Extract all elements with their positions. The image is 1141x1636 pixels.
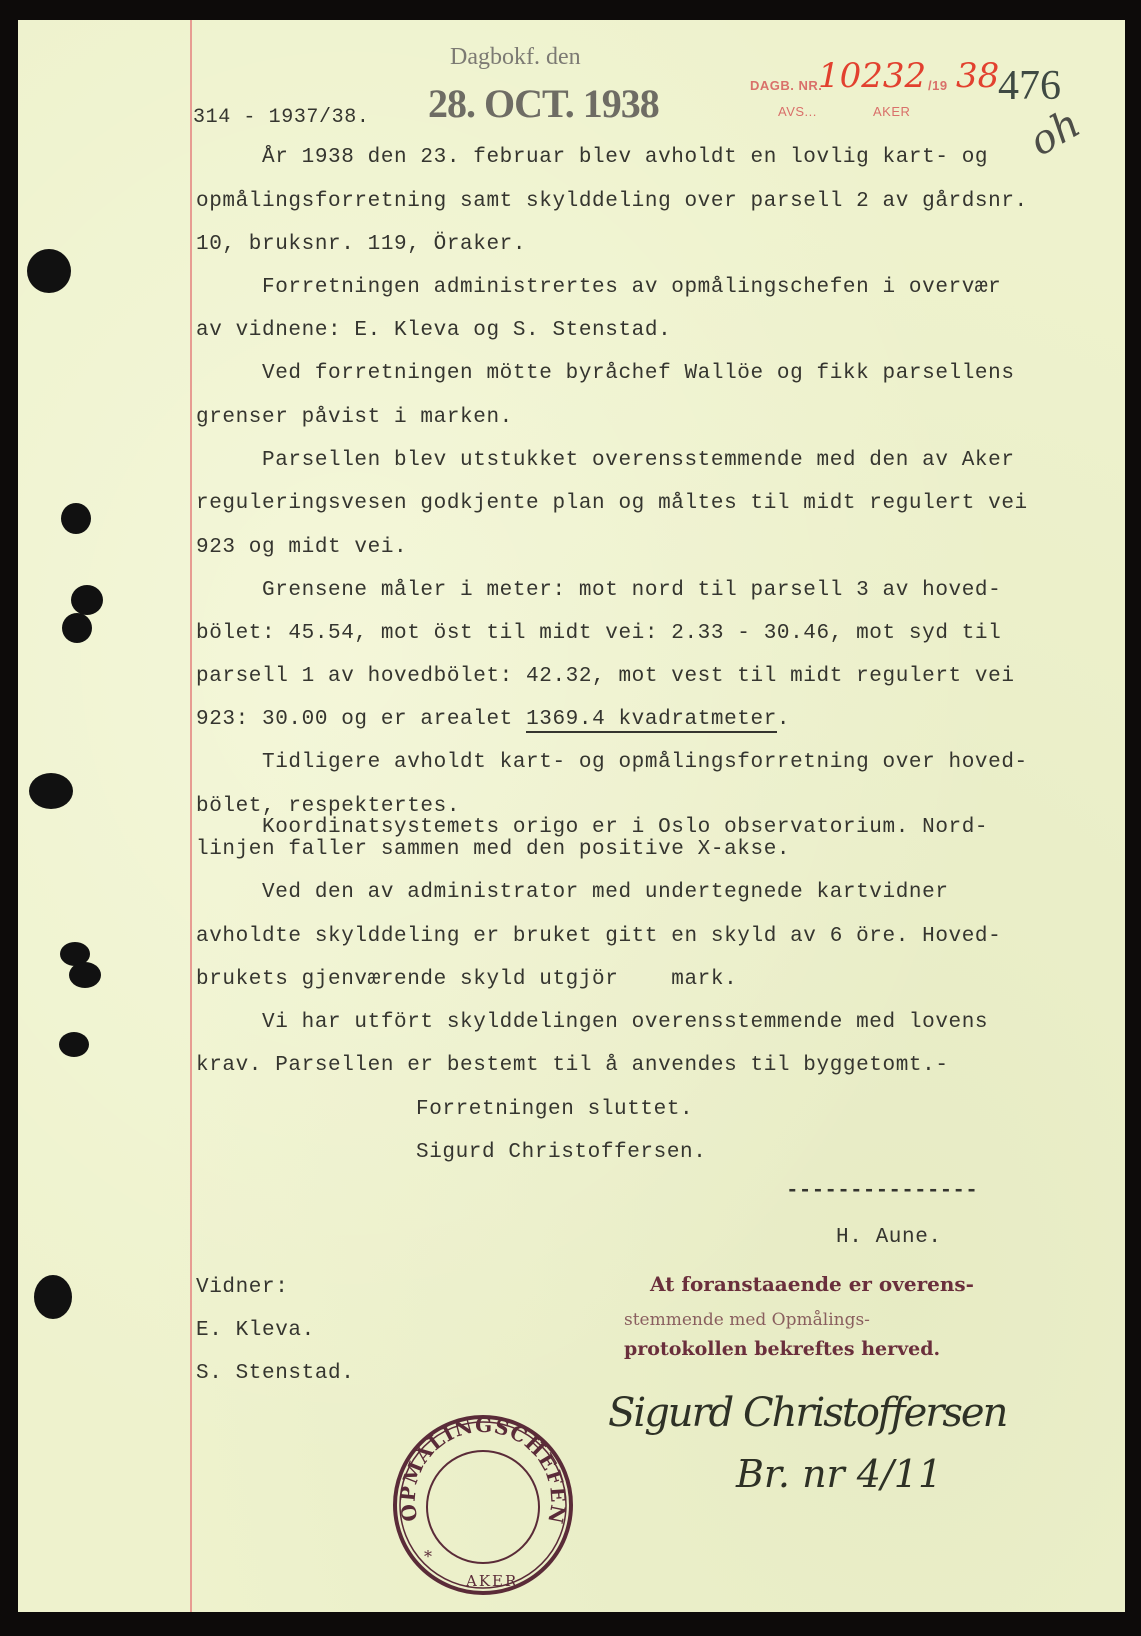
- body-line: År 1938 den 23. februar blev avholdt en …: [196, 146, 988, 169]
- body-line: Forretningen administrertes av opmålings…: [196, 276, 1001, 299]
- body-line: opmålingsforretning samt skylddeling ove…: [196, 190, 1028, 213]
- sender-label: AVS...: [778, 104, 817, 119]
- punch-hole: [61, 503, 91, 534]
- body-line: 10, bruksnr. 119, Öraker.: [196, 233, 526, 256]
- body-line: parsell 1 av hovedbölet: 42.32, mot vest…: [196, 665, 1015, 688]
- body-line: Parsellen blev utstukket overensstemmend…: [196, 449, 1015, 472]
- punch-hole: [34, 1275, 72, 1319]
- punch-hole: [62, 613, 92, 643]
- certification-line-1: At foranstaaende er overens-: [650, 1272, 974, 1296]
- body-line: bölet: 45.54, mot öst til midt vei: 2.33…: [196, 622, 1001, 645]
- certification-line-2: stemmende med Opmålings-: [624, 1310, 870, 1330]
- punch-hole: [29, 773, 73, 809]
- witness-1: E. Kleva.: [196, 1319, 315, 1342]
- svg-text:OPMÅLINGSCHEFEN: OPMÅLINGSCHEFEN: [396, 1413, 571, 1527]
- body-line: 923 og midt vei.: [196, 536, 407, 559]
- certification-line-3: protokollen bekreftes herved.: [624, 1338, 940, 1360]
- body-line: brukets gjenværende skyld utgjör mark.: [196, 968, 737, 991]
- document-page: 314 - 1937/38. Dagbokf. den 28. OCT. 193…: [18, 20, 1125, 1612]
- body-line: av vidnene: E. Kleva og S. Stenstad.: [196, 319, 671, 342]
- body-line: grenser påvist i marken.: [196, 406, 513, 429]
- seal-graphic: OPMÅLINGSCHEFEN * AKER: [388, 1410, 578, 1600]
- journal-number: 10232: [818, 56, 926, 96]
- signature-line: ---------------: [786, 1180, 978, 1203]
- sender: AKER: [873, 104, 910, 119]
- area-prefix: 923: 30.00 og er arealet: [196, 708, 526, 731]
- body-line: Koordinatsystemets origo er i Oslo obser…: [196, 816, 988, 839]
- witness-2: S. Stenstad.: [196, 1362, 354, 1385]
- punch-hole: [59, 1032, 89, 1057]
- margin-line: [190, 20, 192, 1612]
- body-line: avholdte skylddeling er bruket gitt en s…: [196, 925, 1001, 948]
- journal-year: 38: [956, 56, 999, 96]
- punch-hole: [69, 962, 101, 988]
- concluded-text: Forretningen sluttet.: [416, 1098, 693, 1121]
- punch-hole: [71, 585, 103, 615]
- punch-hole: [27, 249, 71, 293]
- area-value: 1369.4 kvadratmeter: [526, 708, 777, 733]
- journal-number-label: DAGB. NR.: [750, 78, 822, 93]
- journal-year-prefix: /19: [928, 78, 948, 93]
- body-line: linjen faller sammen med den positive X-…: [196, 838, 790, 861]
- case-number: 314 - 1937/38.: [193, 106, 369, 129]
- body-line: Vi har utfört skylddelingen overensstemm…: [196, 1011, 988, 1034]
- received-stamp-date: 28. OCT. 1938: [428, 80, 659, 127]
- body-line: bölet, respektertes.: [196, 795, 460, 818]
- seal-text-top: OPMÅLINGSCHEFEN: [396, 1413, 571, 1527]
- body-line: Tidligere avholdt kart- og opmålingsforr…: [196, 751, 1028, 774]
- seal-star: *: [424, 1547, 432, 1566]
- handwritten-note: Br. nr 4/11: [736, 1452, 942, 1496]
- witnesses-label: Vidner:: [196, 1276, 288, 1299]
- body-line: Grensene måler i meter: mot nord til par…: [196, 579, 1001, 602]
- signer-1: Sigurd Christoffersen.: [416, 1141, 706, 1164]
- official-seal: OPMÅLINGSCHEFEN * AKER: [388, 1410, 578, 1600]
- signer-2: H. Aune.: [836, 1226, 942, 1249]
- area-suffix: .: [777, 708, 790, 731]
- body-line: Ved forretningen mötte byråchef Wallöe o…: [196, 362, 1015, 385]
- handwritten-signature: Sigurd Christoffersen: [608, 1390, 1006, 1436]
- page-number: 476: [998, 62, 1061, 110]
- body-line: Ved den av administrator med undertegned…: [196, 881, 949, 904]
- received-stamp-label: Dagbokf. den: [450, 44, 581, 71]
- initials: oh: [1022, 101, 1088, 166]
- seal-text-bottom: AKER: [465, 1572, 518, 1590]
- body-line: reguleringsvesen godkjente plan og målte…: [196, 492, 1028, 515]
- body-line: 923: 30.00 og er arealet 1369.4 kvadratm…: [196, 708, 790, 731]
- body-line: krav. Parsellen er bestemt til å anvende…: [196, 1054, 949, 1077]
